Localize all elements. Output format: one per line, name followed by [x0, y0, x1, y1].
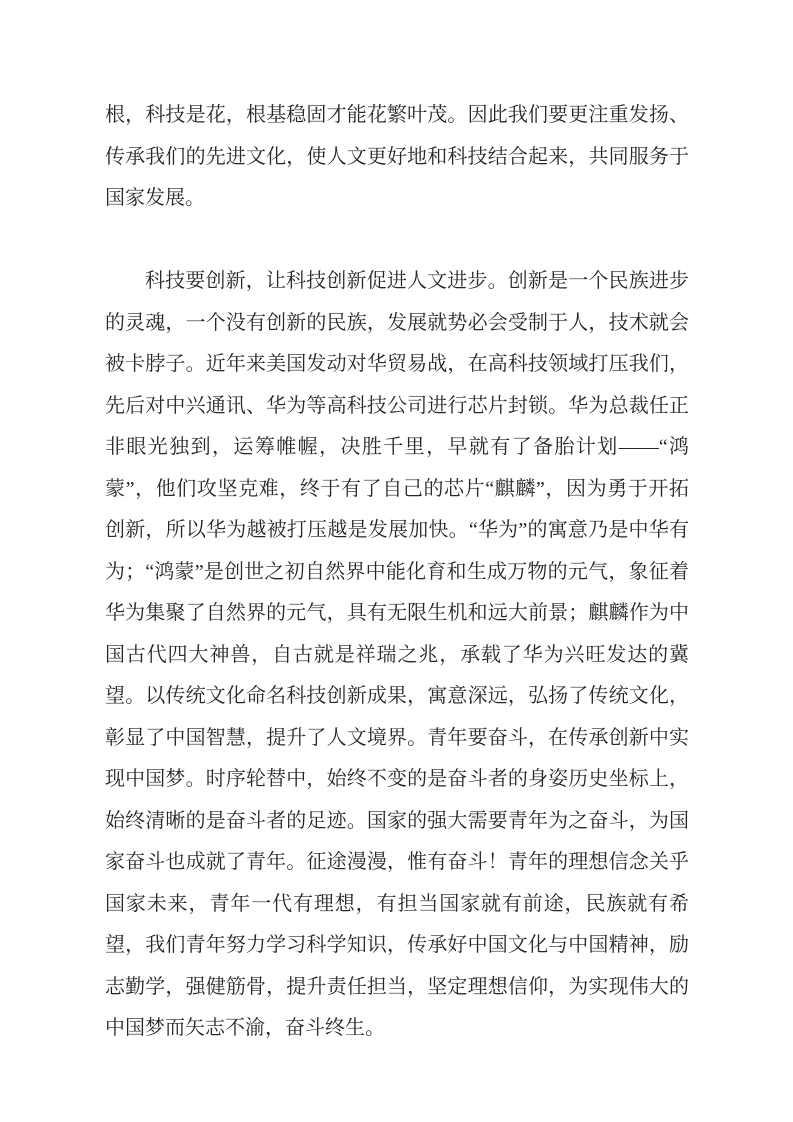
paragraph-body: 科技要创新，让科技创新促进人文进步。创新是一个民族进步的灵魂，一个没有创新的民族…	[105, 261, 689, 1050]
document-page: 根，科技是花，根基稳固才能花繁叶茂。因此我们要更注重发扬、传承我们的先进文化，使…	[0, 0, 793, 1122]
document-body: 根，科技是花，根基稳固才能花繁叶茂。因此我们要更注重发扬、传承我们的先进文化，使…	[105, 95, 689, 1050]
paragraph-continuation: 根，科技是花，根基稳固才能花繁叶茂。因此我们要更注重发扬、传承我们的先进文化，使…	[105, 95, 689, 220]
